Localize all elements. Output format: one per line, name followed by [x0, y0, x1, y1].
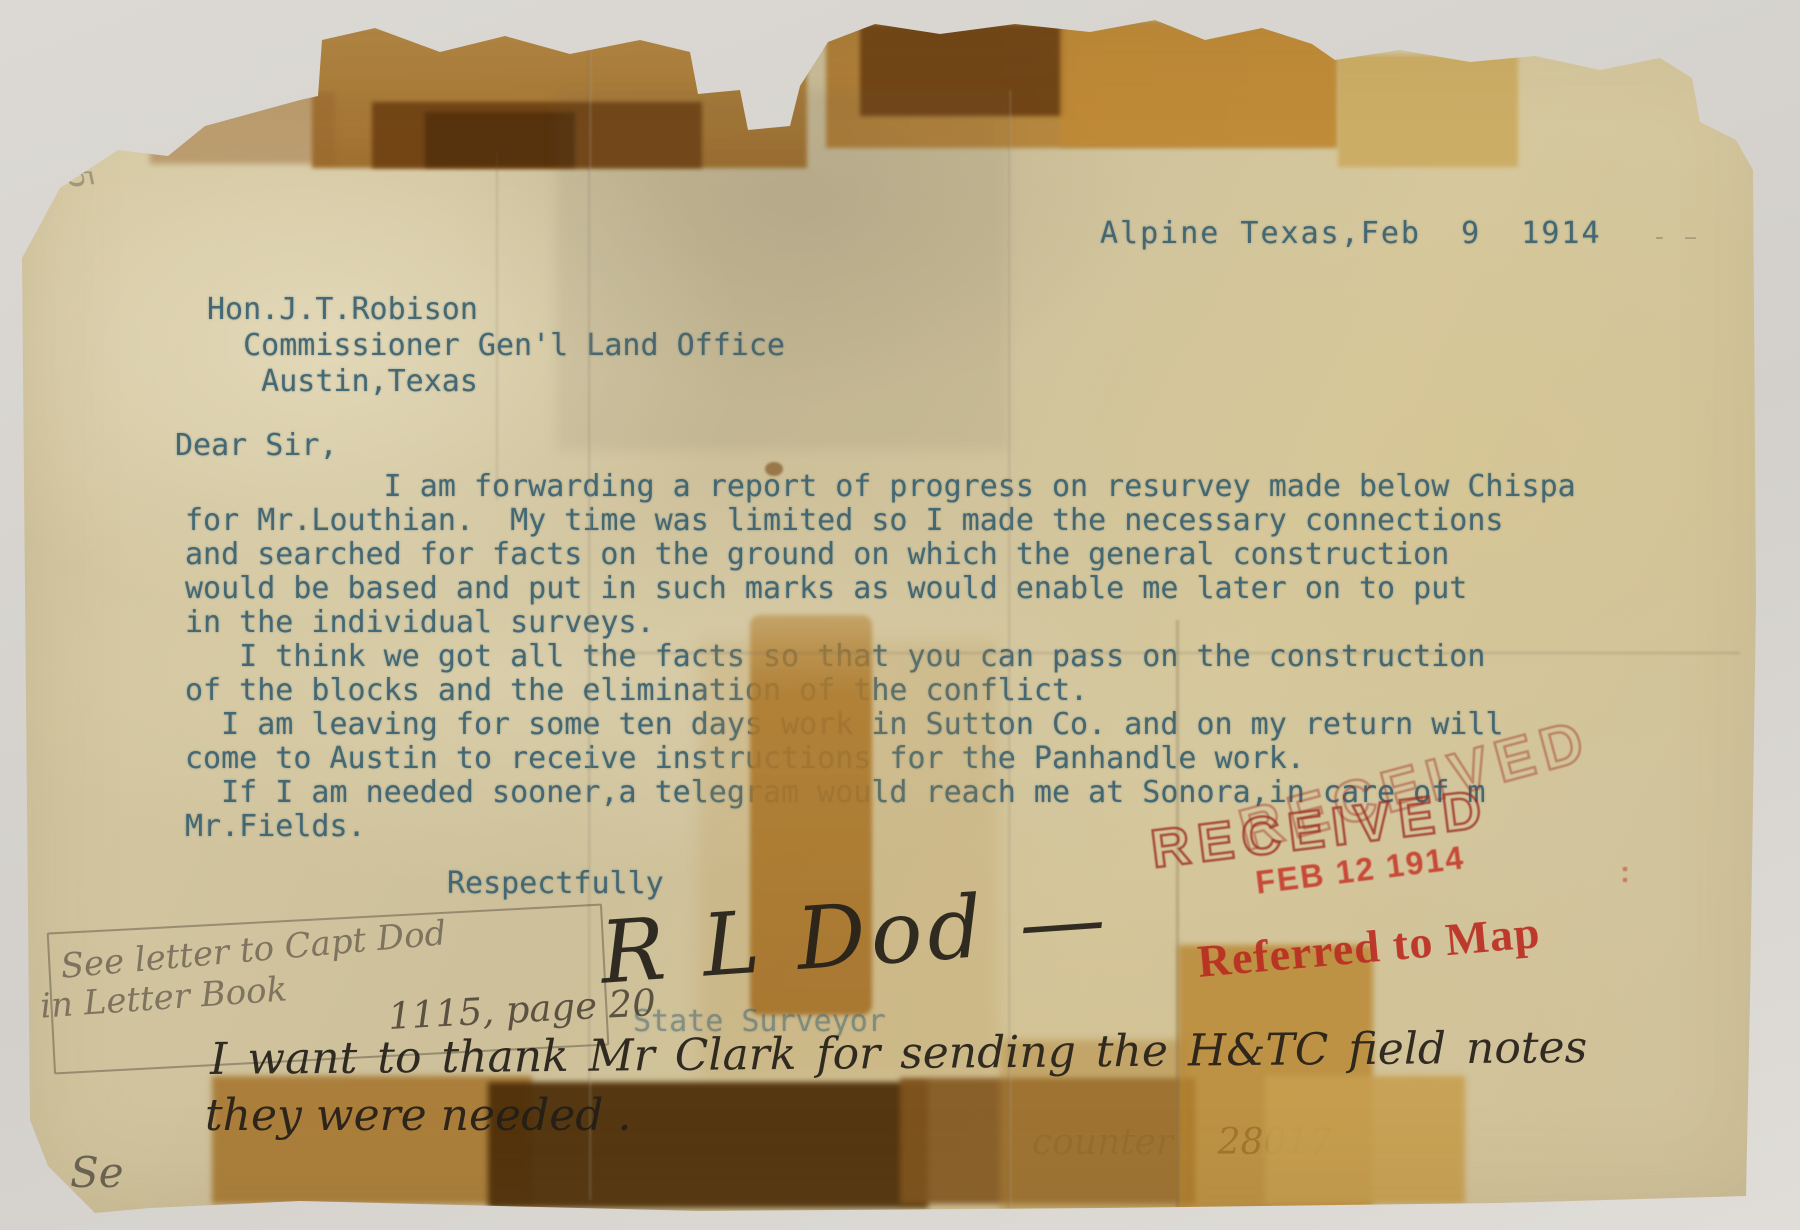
photo-backdrop: Alpine Texas,Feb 9 1914 Hon.J.T.Robison … — [0, 0, 1800, 1230]
tape-stain — [1265, 1076, 1465, 1204]
body-line: would be based and put in such marks as … — [185, 572, 1576, 606]
ink-note-line2: they were needed . — [205, 1090, 631, 1141]
letter-paper: Alpine Texas,Feb 9 1914 Hon.J.T.Robison … — [0, 0, 1800, 1230]
letter-dateline: Alpine Texas,Feb 9 1914 — [1100, 216, 1602, 251]
shadow-band — [556, 90, 1008, 450]
corner-mark: Se — [70, 1148, 124, 1197]
body-line: in the individual surveys. — [185, 606, 1576, 640]
signature-handwritten: R L Dod — — [597, 868, 1113, 1003]
corner-scribble: 25 — [53, 143, 101, 194]
tape-residue-smudge — [150, 92, 335, 164]
dateline-dash-marks: - – — [1655, 222, 1703, 252]
letter-closing: Respectfully — [447, 866, 664, 901]
letter-salutation: Dear Sir, — [175, 428, 338, 463]
stamp-colon-mark: : — [1620, 856, 1630, 890]
body-line: and searched for facts on the ground on … — [185, 538, 1576, 572]
body-line: I am forwarding a report of progress on … — [185, 470, 1576, 504]
paper-crease — [590, 652, 1740, 654]
body-line: for Mr.Louthian. My time was limited so … — [185, 504, 1576, 538]
ink-spot — [765, 462, 783, 476]
tape-stain — [1338, 55, 1518, 167]
paper-crease — [1176, 620, 1179, 1220]
tape-stain — [1060, 26, 1335, 146]
paper-crease — [496, 150, 498, 500]
tape-stain — [425, 112, 575, 167]
